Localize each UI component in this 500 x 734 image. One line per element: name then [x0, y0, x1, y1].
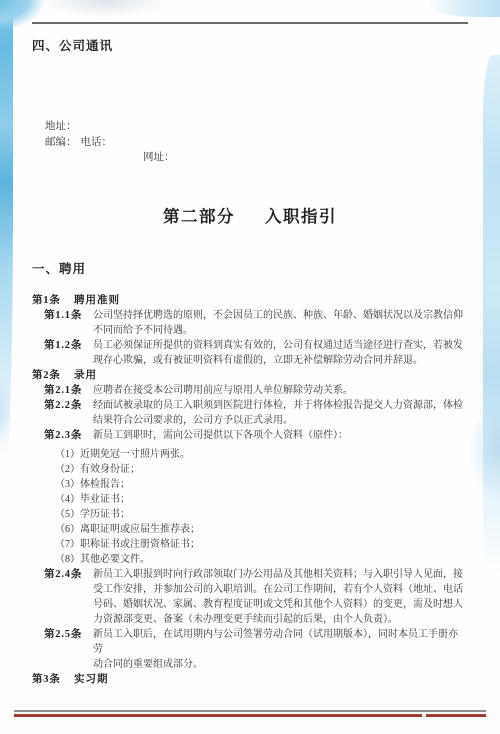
article-2-3: 第2.3条 新员工到职时，需向公司提供以下各项个人资料（原件）： [0, 428, 500, 443]
footer-rule-red-left [14, 714, 422, 717]
article-label: 第2.3条 [44, 428, 93, 443]
article-label: 第2.2条 [44, 398, 93, 428]
articles-body: 第1条 聘用准则 第1.1条 公司坚持择优聘选的原则，不会因员工的民族、种族、年… [0, 293, 500, 687]
article-2: 第2条 录用 [0, 368, 500, 383]
required-doc-item: （8）其他必要文件。 [55, 552, 500, 567]
company-contact-block: 地址： 邮编：电话： 网址： [45, 119, 175, 166]
required-doc-item: （3）体检报告； [55, 477, 500, 492]
article-text: 应聘者在接受本公司聘用前应与原用人单位解除劳动关系。 [93, 383, 500, 398]
article-label: 第1.2条 [44, 338, 93, 368]
required-doc-item: （7）职称证书或注册资格证书； [55, 537, 500, 552]
part2-name: 入职指引 [265, 203, 337, 227]
article-2-5: 第2.5条 新员工入职后，在试用期内与公司签署劳动合同（试用期版本），同时本员工… [0, 627, 500, 672]
website-label: 网址： [143, 150, 175, 166]
footer-rule-red-right [426, 714, 486, 717]
article-label: 第2.1条 [44, 383, 93, 398]
part2-title: 第二部分 入职指引 [0, 203, 500, 227]
phone-label: 电话： [81, 137, 113, 148]
section1-heading: 一、聘用 [32, 259, 86, 277]
article-3: 第3条 实习期 [0, 672, 500, 687]
postal-label: 邮编： [45, 137, 77, 148]
footer-rule-gray [14, 710, 486, 712]
article-label: 第1条 [32, 293, 74, 308]
article-label: 第2条 [32, 368, 74, 383]
watercolor-top-right-corner [428, 0, 500, 17]
address-label: 地址： [45, 119, 175, 135]
watercolor-top-wash [40, 0, 170, 18]
article-1: 第1条 聘用准则 [0, 293, 500, 308]
required-doc-item: （6）离职证明或应届生推荐表； [55, 522, 500, 537]
article-label: 第2.4条 [44, 567, 93, 627]
article-label: 第1.1条 [44, 308, 93, 338]
article-text: 员工必须保证所提供的资料到真实有效的，公司有权通过适当途径进行查实，若被发 现存… [93, 338, 500, 368]
required-documents-list: （1）近期免冠一寸照片两张。 （2）有效身份证； （3）体检报告； （4）毕业证… [0, 447, 500, 567]
part2-label: 第二部分 [163, 203, 235, 227]
article-1-2: 第1.2条 员工必须保证所提供的资料到真实有效的，公司有权通过适当途径进行查实，… [0, 338, 500, 368]
article-2-4: 第2.4条 新员工入职报到时向行政部领取门办公用品及其他相关资料；与入职引导人见… [0, 567, 500, 627]
section4-heading: 四、公司通讯 [32, 36, 113, 54]
article-text: 新员工入职报到时向行政部领取门办公用品及其他相关资料；与入职引导人见面，接 受工… [93, 567, 500, 627]
article-text: 新员工到职时，需向公司提供以下各项个人资料（原件）： [93, 428, 500, 443]
required-doc-item: （2）有效身份证； [55, 462, 500, 477]
article-text: 经面试被录取的员工入职须到医院进行体检，并于将体检报告提交人力资源部，体检 结果… [93, 398, 500, 428]
article-1-1: 第1.1条 公司坚持择优聘选的原则，不会因员工的民族、种族、年龄、婚姻状况以及宗… [0, 308, 500, 338]
article-title: 聘用准则 [74, 293, 120, 308]
article-label: 第2.5条 [44, 627, 93, 672]
required-doc-item: （5）学历证书； [55, 507, 500, 522]
article-2-1: 第2.1条 应聘者在接受本公司聘用前应与原用人单位解除劳动关系。 [0, 383, 500, 398]
article-2-2: 第2.2条 经面试被录取的员工入职须到医院进行体检，并于将体检报告提交人力资源部… [0, 398, 500, 428]
header-divider-rule [32, 22, 468, 24]
required-doc-item: （1）近期免冠一寸照片两张。 [55, 447, 500, 462]
article-label: 第3条 [32, 672, 74, 687]
postal-phone-row: 邮编：电话： [45, 135, 175, 151]
article-title: 实习期 [74, 672, 109, 687]
required-doc-item: （4）毕业证书； [55, 492, 500, 507]
watercolor-top-left-corner [0, 0, 44, 30]
article-title: 录用 [74, 368, 97, 383]
article-text: 新员工入职后，在试用期内与公司签署劳动合同（试用期版本），同时本员工手册亦 劳 … [93, 627, 500, 672]
article-text: 公司坚持择优聘选的原则，不会因员工的民族、种族、年龄、婚姻状况以及宗教信仰 不同… [93, 308, 500, 338]
